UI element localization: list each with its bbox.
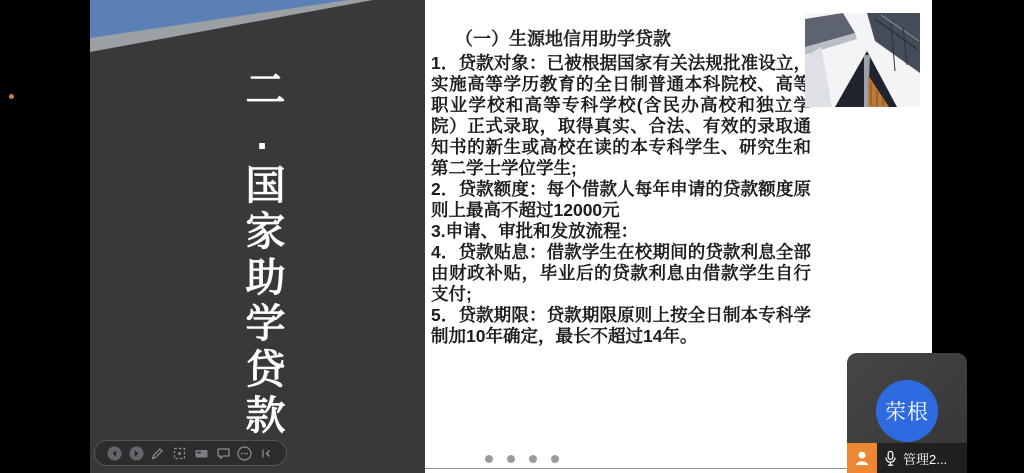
skyscraper-photo (805, 13, 920, 107)
next-slide-icon[interactable] (128, 445, 145, 462)
paragraph-loan-process: 3.申请、审批和发放流程： (431, 221, 811, 242)
screen-icon[interactable] (193, 445, 210, 462)
laser-frame-icon[interactable] (171, 445, 188, 462)
pagination-dot (551, 455, 559, 463)
presentation-toolbar (94, 440, 287, 466)
pagination-dot (485, 455, 493, 463)
microphone-icon (883, 450, 898, 467)
paragraph-loan-target: 1．贷款对象：已被根据国家有关法规批准设立，实施高等学历教育的全日制普通本科院校… (431, 53, 811, 179)
participant-name-bar: 管理2... (847, 443, 967, 473)
paragraph-loan-interest: 4．贷款贴息：借款学生在校期间的贷款利息全部由财政补贴，毕业后的贷款利息由借款学… (431, 242, 811, 305)
slide-vertical-title: 二.国家助学贷款 (236, 68, 288, 440)
paragraph-loan-term: 5．贷款期限：贷款期限原则上按全日制本专科学制加10年确定，最长不超过14年。 (431, 305, 811, 347)
paragraph-loan-amount: 2．贷款额度：每个借款人每年申请的贷款额度原则上最高不超过12000元 (431, 179, 811, 221)
laser-pointer-dot (9, 94, 14, 99)
pagination-dot (507, 455, 515, 463)
slide-left-panel: 二.国家助学贷款 (90, 0, 425, 473)
previous-slide-icon[interactable] (106, 445, 123, 462)
slide-body-text: 1．贷款对象：已被根据国家有关法规批准设立，实施高等学历教育的全日制普通本科院校… (431, 53, 811, 347)
pagination-dot (529, 455, 537, 463)
screen-share-stage: 二.国家助学贷款 （一）生源地信用助学贷款 1．贷款对象：已被根据国家有关法规批… (0, 0, 1024, 473)
pen-icon[interactable] (149, 445, 166, 462)
collapse-icon[interactable] (258, 445, 275, 462)
participant-label: 管理2... (903, 449, 947, 468)
pagination-dots (485, 455, 559, 463)
host-badge (847, 443, 877, 473)
participant-avatar: 荣根 (876, 380, 938, 442)
comment-icon[interactable] (215, 445, 232, 462)
slide-heading: （一）生源地信用助学贷款 (455, 25, 671, 51)
more-icon[interactable] (236, 445, 253, 462)
person-icon (852, 448, 872, 468)
participant-video-tile[interactable]: 荣根 管理2... (847, 353, 967, 473)
